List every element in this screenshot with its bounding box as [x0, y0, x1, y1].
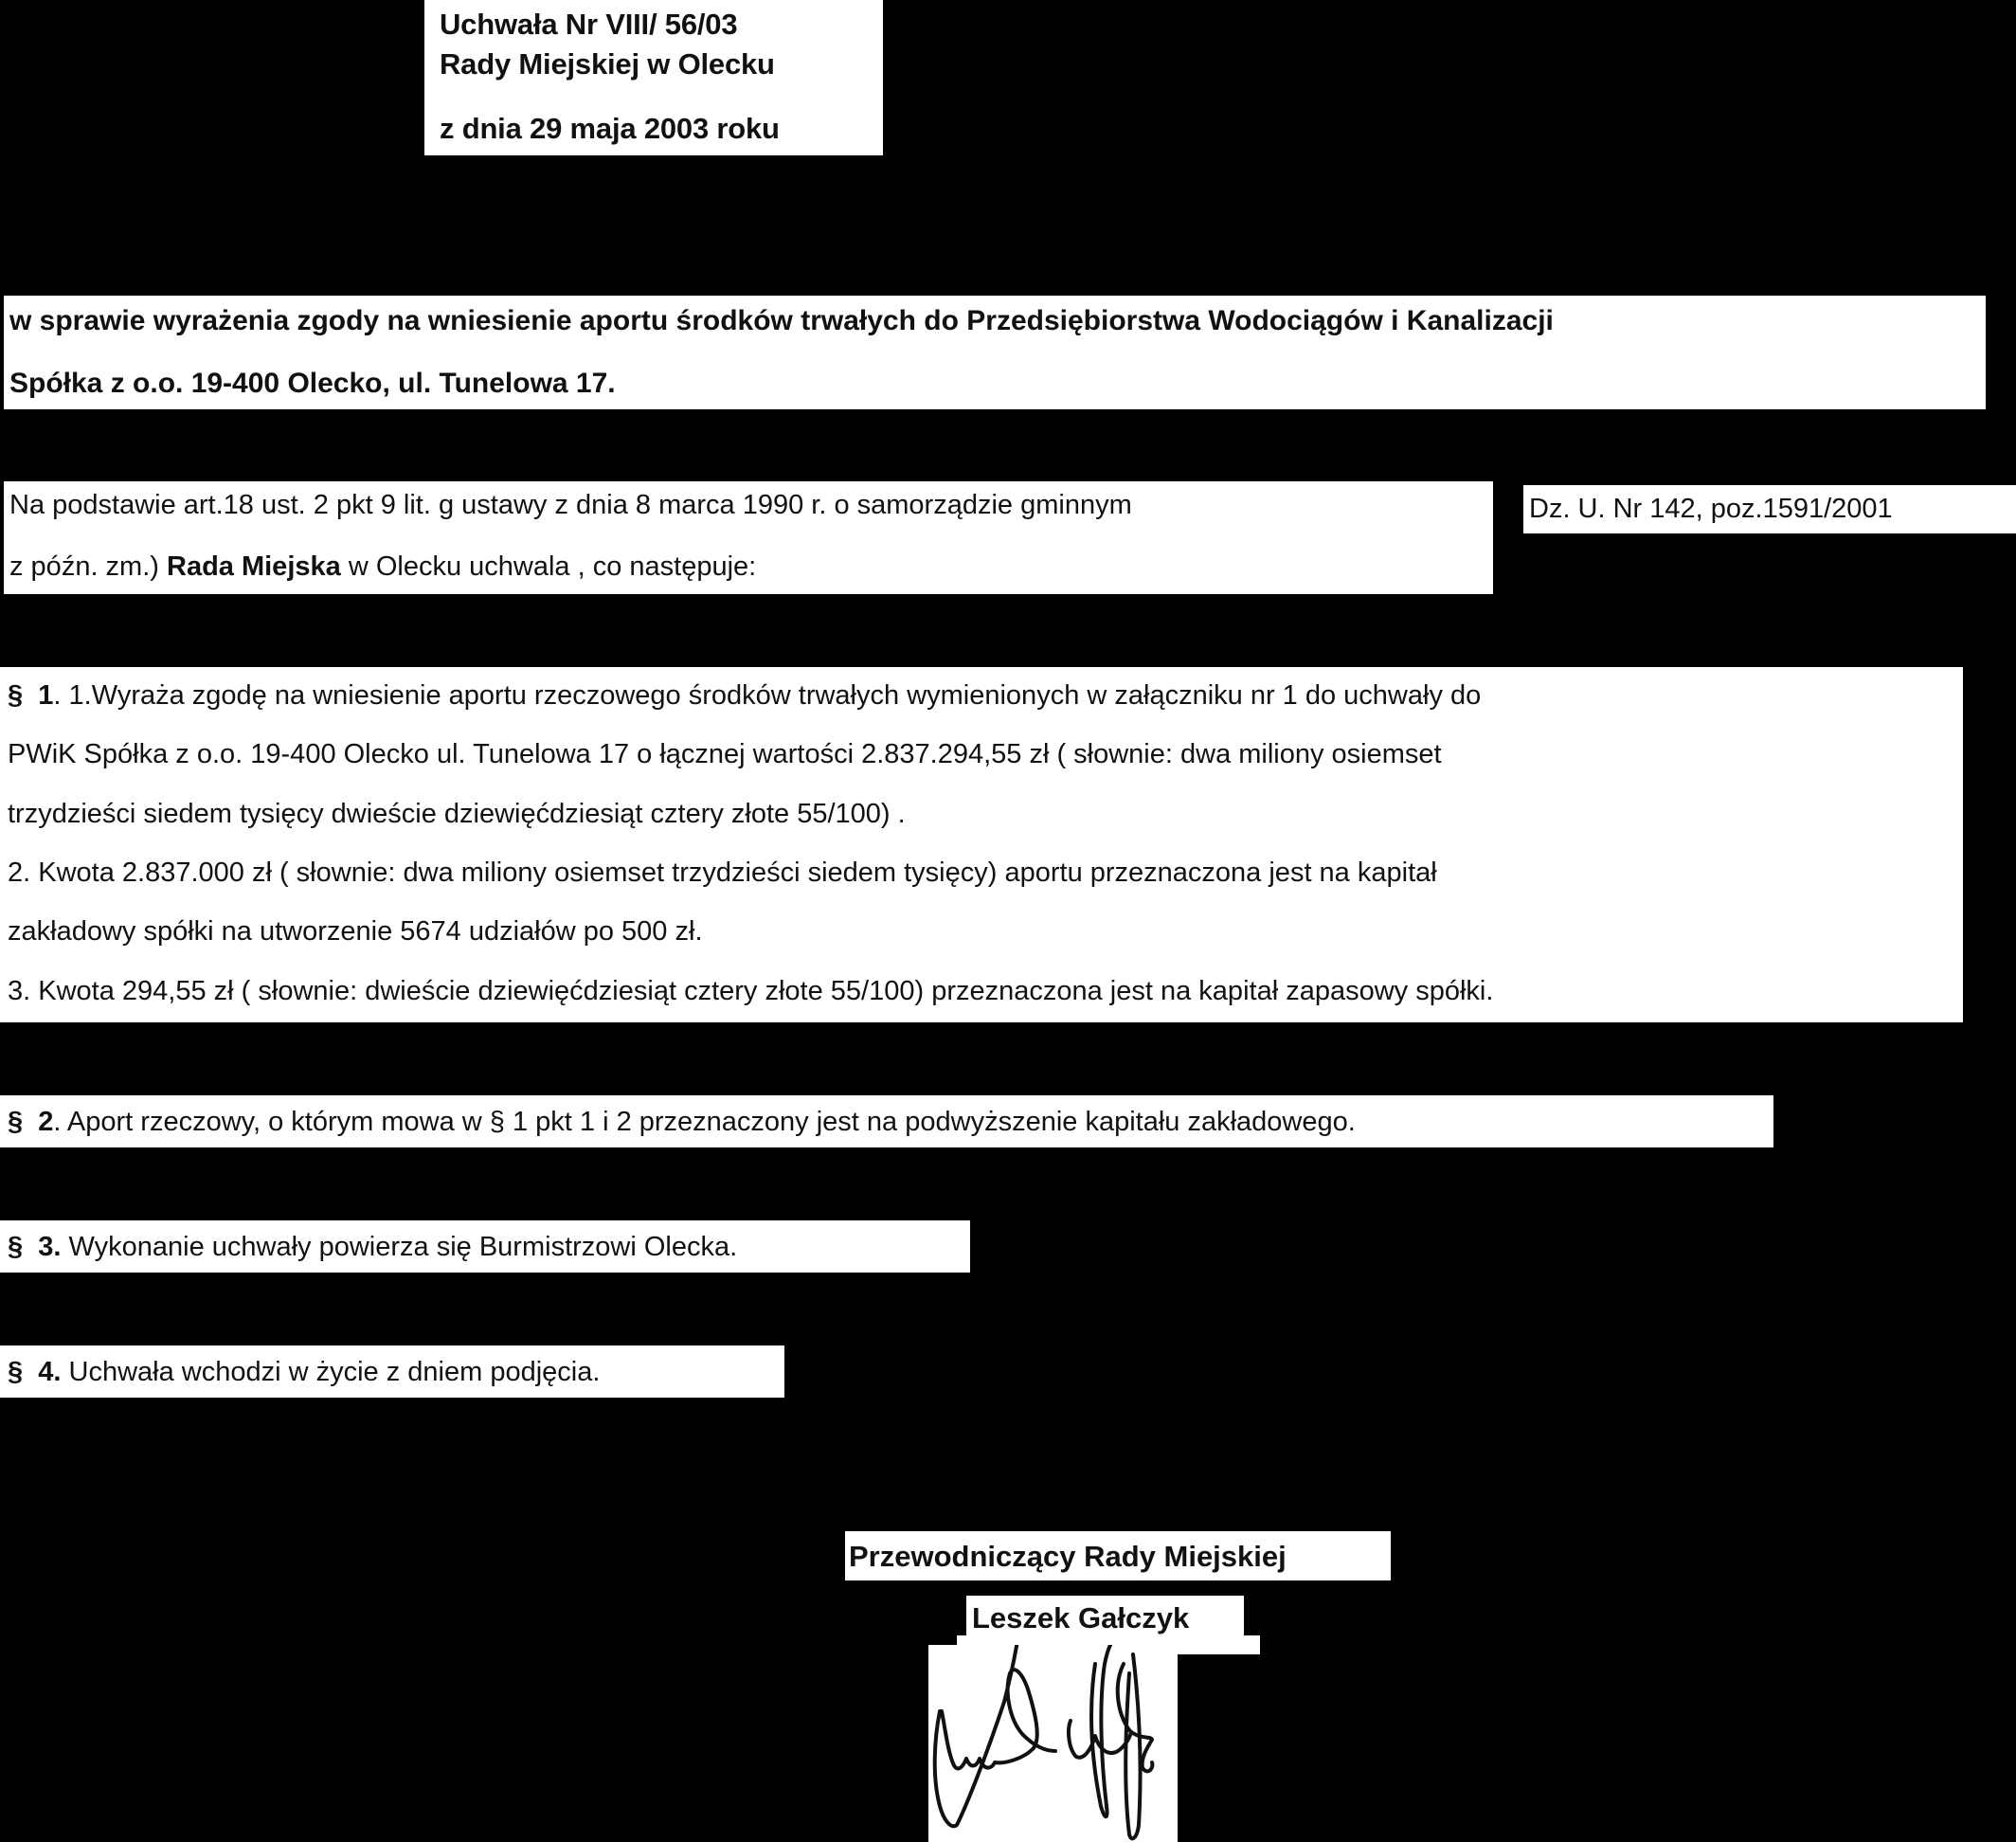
- paragraph-1-line-3: trzydzieści siedem tysięcy dwieście dzie…: [8, 801, 906, 828]
- journal-reference: Dz. U. Nr 142, poz.1591/2001: [1523, 485, 2016, 533]
- council-name: Rada Miejska: [167, 551, 341, 582]
- paragraph-number: 2: [38, 1107, 53, 1137]
- paragraph-number: 1: [38, 680, 53, 711]
- handwritten-signature: [928, 1645, 1178, 1842]
- resolution-header: Uchwała Nr VIII/ 56/03 Rady Miejskiej w …: [424, 0, 883, 155]
- journal-reference-text: Dz. U. Nr 142, poz.1591/2001: [1529, 496, 1893, 523]
- legal-basis: Na podstawie art.18 ust. 2 pkt 9 lit. g …: [4, 481, 1493, 594]
- chairman-title: Przewodniczący Rady Miejskiej: [845, 1531, 1391, 1580]
- resolution-number: Uchwała Nr VIII/ 56/03: [440, 9, 737, 39]
- legal-basis-line-2: z późn. zm.) Rada Miejska w Olecku uchwa…: [9, 553, 756, 581]
- legal-basis-line-1: Na podstawie art.18 ust. 2 pkt 9 lit. g …: [9, 492, 1132, 519]
- section-sign: §: [8, 680, 23, 711]
- paragraph-text: Wykonanie uchwały powierza się Burmistrz…: [61, 1232, 737, 1262]
- subject-line-2: Spółka z o.o. 19-400 Olecko, ul. Tunelow…: [9, 370, 616, 398]
- paragraph-1-line-4: 2. Kwota 2.837.000 zł ( słownie: dwa mil…: [8, 859, 1437, 887]
- paragraph-2: § 2. Aport rzeczowy, o którym mowa w § 1…: [0, 1095, 1773, 1147]
- paragraph-2-text: § 2. Aport rzeczowy, o którym mowa w § 1…: [8, 1109, 1356, 1136]
- paragraph-text: . 1.Wyraża zgodę na wniesienie aportu rz…: [53, 680, 1481, 711]
- paragraph-3: § 3. Wykonanie uchwały powierza się Burm…: [0, 1220, 970, 1273]
- chairman-role: Przewodniczący Rady Miejskiej: [849, 1542, 1287, 1571]
- section-sign: §: [8, 1232, 23, 1262]
- paragraph-number: 4.: [38, 1357, 61, 1387]
- chairman-name: Leszek Gałczyk: [972, 1603, 1189, 1633]
- section-sign: §: [8, 1357, 23, 1387]
- resolution-subject: w sprawie wyrażenia zgody na wniesienie …: [4, 296, 1986, 409]
- paragraph-1-line-6: 3. Kwota 294,55 zł ( słownie: dwieście d…: [8, 978, 1493, 1005]
- paragraph-number: 3.: [38, 1232, 61, 1262]
- paragraph-1-line-1: § 1. 1.Wyraża zgodę na wniesienie aportu…: [8, 682, 1481, 710]
- section-sign: §: [8, 1107, 23, 1137]
- legal-basis-suffix: w Olecku uchwala , co następuje:: [341, 551, 756, 582]
- legal-basis-prefix: z późn. zm.): [9, 551, 167, 582]
- paragraph-1-line-2: PWiK Spółka z o.o. 19-400 Olecko ul. Tun…: [8, 741, 1442, 768]
- chairman-name-box: Leszek Gałczyk: [966, 1596, 1244, 1639]
- signature-icon: [928, 1645, 1178, 1842]
- paragraph-3-text: § 3. Wykonanie uchwały powierza się Burm…: [8, 1234, 737, 1261]
- paragraph-1-line-5: zakładowy spółki na utworzenie 5674 udzi…: [8, 918, 703, 946]
- paragraph-text: Uchwała wchodzi w życie z dniem podjęcia…: [61, 1357, 600, 1387]
- resolution-date: z dnia 29 maja 2003 roku: [440, 114, 780, 143]
- paragraph-text: . Aport rzeczowy, o którym mowa w § 1 pk…: [53, 1107, 1355, 1137]
- paragraph-1: § 1. 1.Wyraża zgodę na wniesienie aportu…: [0, 667, 1963, 1022]
- subject-line-1: w sprawie wyrażenia zgody na wniesienie …: [9, 307, 1554, 335]
- paragraph-4: § 4. Uchwała wchodzi w życie z dniem pod…: [0, 1345, 784, 1398]
- paragraph-4-text: § 4. Uchwała wchodzi w życie z dniem pod…: [8, 1359, 600, 1386]
- issuing-council: Rady Miejskiej w Olecku: [440, 49, 775, 79]
